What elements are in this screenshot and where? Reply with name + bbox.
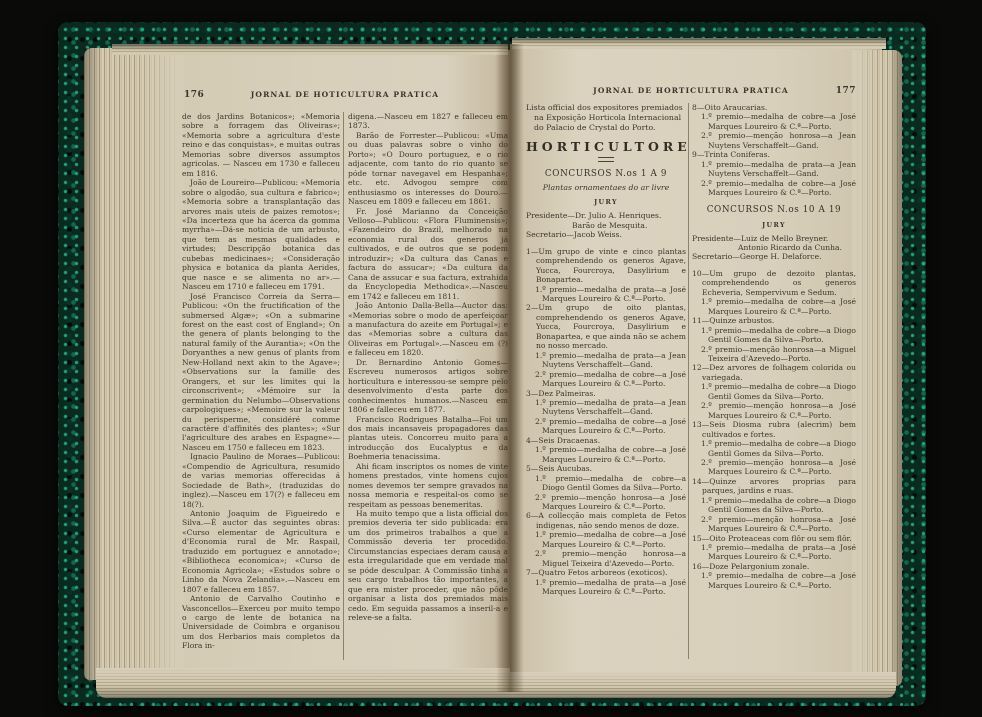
left-page-column-1: de dos Jardins Botanicos»; «Memoria sobr…	[182, 112, 340, 668]
concurso-item: 15—Oito Proteaceas com flôr ou sem flôr.	[692, 534, 856, 543]
page-edges-right	[852, 50, 902, 686]
jury-block: Presidente—Dr. Julio A. Henriques. Barão…	[526, 211, 686, 239]
award-line: 2.º premio—menção honrosa—a José Marques…	[692, 401, 856, 420]
award-line: 2.º premio—menção honrosa—a José Marques…	[692, 458, 856, 477]
paragraph: Ignacio Paulino de Moraes—Publicou: «Com…	[182, 452, 340, 509]
page-edges-top-left	[112, 44, 508, 55]
concurso-item: 6—A collecção mais completa de Fetos ind…	[526, 511, 686, 530]
jury-line: Secretario—George H. Delaforce.	[692, 252, 856, 261]
award-line: 2.º premio—menção honrosa—a Miguel Teixe…	[526, 549, 686, 568]
award-line: 2.º premio—medalha de cobre—a José Marqu…	[526, 417, 686, 436]
award-line: 1.º premio—medalha de prata—a Jean Nuyte…	[692, 160, 856, 179]
concurso-item: 4—Seis Dracaenas.	[526, 436, 686, 445]
jury-heading: JURY	[526, 198, 686, 206]
jury-line: Presidente—Luiz de Mello Breyner.	[692, 234, 856, 243]
jury-line: Barão de Mesquita.	[526, 221, 686, 230]
concurso-item: 13—Seis Diosma rubra (alecrim) bem culti…	[692, 420, 856, 439]
award-line: 1.º premio—medalha de cobre—a José Marqu…	[692, 112, 856, 131]
section-rule	[598, 157, 614, 162]
page-edges-left	[84, 48, 184, 680]
award-line: 2.º premio—medalha de cobre—a José Marqu…	[526, 370, 686, 389]
award-line: 1.º premio—medalha de cobre—a Diogo Gent…	[526, 474, 686, 493]
concurso-heading: CONCURSOS N.os 10 A 19	[692, 205, 856, 215]
award-line: 1.º premio—medalha de cobre—a Diogo Gent…	[692, 326, 856, 345]
concurso-item: 3—Dez Palmeiras.	[526, 389, 686, 398]
paragraph: Ahi ficam inscriptos os nomes de vinte h…	[348, 462, 508, 509]
intro-paragraph: Lista official dos expositores premiados…	[526, 103, 686, 132]
jury-line: Presidente—Dr. Julio A. Henriques.	[526, 211, 686, 220]
award-line: 1.º premio—medalha de cobre—a José Marqu…	[692, 571, 856, 590]
award-line: 1.º premio—medalha de cobre—a Diogo Gent…	[692, 496, 856, 515]
left-page-column-2: digena.—Nasceu em 1827 e falleceu em 187…	[348, 112, 508, 668]
award-line: 1.º premio—medalha de prata—a Jean Nuyte…	[526, 398, 686, 417]
award-line: 1.º premio—medalha de cobre—a José Marqu…	[526, 445, 686, 464]
concurso-item: 10—Um grupo de dezoito plantas, comprehe…	[692, 269, 856, 297]
column-divider	[688, 103, 689, 659]
paragraph: Fr. José Marianno da Conceição Velloso—P…	[348, 207, 508, 302]
page-number: 176	[184, 90, 204, 100]
award-line: 1.º premio—medalha de prata—a José Marqu…	[526, 578, 686, 597]
concurso-item: 16—Doze Pelargonium zonale.	[692, 562, 856, 571]
concurso-item: 9—Trinta Coniferas.	[692, 150, 856, 159]
concurso-item: 8—Oito Araucarias.	[692, 103, 856, 112]
concurso-heading: CONCURSOS N.os 1 A 9	[526, 169, 686, 179]
section-title: HORTICULTORES	[526, 139, 686, 154]
concurso-item: 1—Um grupo de vinte e cinco plantas comp…	[526, 247, 686, 285]
award-line: 1.º premio—medalha de cobre—a José Marqu…	[692, 297, 856, 316]
paragraph: Antonio Joaquim de Figueiredo e Silva.—É…	[182, 509, 340, 594]
paragraph: de dos Jardins Botanicos»; «Memoria sobr…	[182, 112, 340, 178]
page-number: 177	[836, 86, 856, 96]
paragraph: Antonio de Carvalho Coutinho e Vasconcel…	[182, 594, 340, 651]
paragraph: Ha muito tempo que a lista official dos …	[348, 509, 508, 622]
award-line: 1.º premio—medalha de prata—a José Marqu…	[526, 285, 686, 304]
award-line: 1.º premio—medalha de cobre—a Diogo Gent…	[692, 382, 856, 401]
paragraph: digena.—Nasceu em 1827 e falleceu em 187…	[348, 112, 508, 131]
concurso-item: 7—Quatro Fetos arboreos (exoticos).	[526, 568, 686, 577]
right-page-header: JORNAL DE HORTICULTURA PRATICA 177	[524, 86, 858, 100]
column-divider	[343, 112, 344, 660]
page-edges-bottom-right	[510, 672, 896, 698]
concurso-item: 12—Dez arvores de folhagem colorida ou v…	[692, 363, 856, 382]
paragraph: João Antonio Dalla-Bella—Auctor das: «Me…	[348, 301, 508, 358]
page-edges-bottom-left	[96, 668, 510, 698]
jury-block: Presidente—Luiz de Mello Breyner. Antoni…	[692, 234, 856, 262]
concurso-item: 2—Um grupo de oito plantas, comprehenden…	[526, 303, 686, 350]
left-page-header: 176 JORNAL DE HOTICULTURA PRATICA	[182, 90, 508, 104]
award-line: 1.º premio—medalha de cobre—a Diogo Gent…	[692, 439, 856, 458]
jury-heading: JURY	[692, 221, 856, 229]
award-line: 2.º premio—medalha de cobre—a José Marqu…	[692, 179, 856, 198]
concurso-item: 11—Quinze arbustos.	[692, 316, 856, 325]
running-title: JORNAL DE HOTICULTURA PRATICA	[182, 90, 508, 99]
award-line: 1.º premio—medalha de prata—a Jean Nuyte…	[526, 351, 686, 370]
book-photo: 176 JORNAL DE HOTICULTURA PRATICA de dos…	[0, 0, 982, 717]
award-line: 2.º premio—menção honrosa—a Jean Nuytens…	[692, 131, 856, 150]
running-title: JORNAL DE HORTICULTURA PRATICA	[524, 86, 858, 95]
jury-line: Secretario—Jacob Weiss.	[526, 230, 686, 239]
concurso-item: 5—Seis Aucubas.	[526, 464, 686, 473]
right-page-column-2: 8—Oito Araucarias. 1.º premio—medalha de…	[692, 103, 856, 671]
award-line: 2.º premio—menção honrosa—a José Marques…	[526, 493, 686, 512]
concurso-item: 14—Quinze arvores proprias para parques,…	[692, 477, 856, 496]
award-line: 1.º premio—medalha de prata—a José Marqu…	[692, 543, 856, 562]
paragraph: José Francisco Correia da Serra—Publicou…	[182, 292, 340, 453]
award-line: 1.º premio—medalha de cobre—a José Marqu…	[526, 530, 686, 549]
paragraph: Francisco Rodrigues Batalha—Foi um dos m…	[348, 415, 508, 462]
concurso-subtitle: Plantas ornamentaes do ar livre	[526, 183, 686, 192]
jury-line: Antonio Ricardo da Cunha.	[692, 243, 856, 252]
award-line: 2.º premio—menção honrosa—a José Marques…	[692, 515, 856, 534]
award-line: 2.º premio—menção honrosa—a Miguel Teixe…	[692, 345, 856, 364]
page-edges-top-right	[512, 38, 886, 49]
right-page-column-1: Lista official dos expositores premiados…	[526, 103, 686, 671]
paragraph: Dr. Bernardino Antonio Gomes—Escreveu nu…	[348, 358, 508, 415]
paragraph: Barão de Forrester—Publicou: «Uma ou dua…	[348, 131, 508, 207]
paragraph: João de Loureiro—Publicou: «Memoria sobr…	[182, 178, 340, 291]
